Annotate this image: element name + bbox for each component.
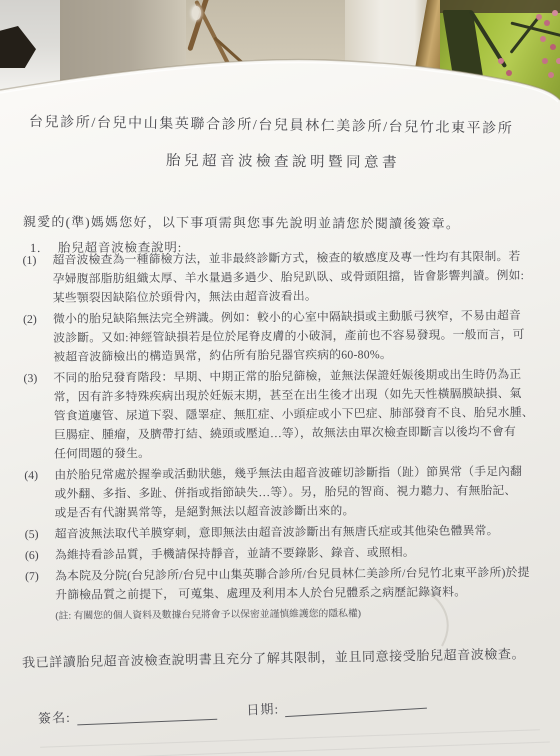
list-item-2: (2) 微小的胎兒缺陷無法完全辨識。例如：較小的心室中隔缺損或主動脈弓狹窄，不易… <box>23 306 545 367</box>
document-body: 台兒診所/台兒中山集英聯合診所/台兒員林仁美診所/台兒竹北東平診所 胎兒超音波檢… <box>0 0 560 756</box>
item-number: (5) <box>25 525 55 544</box>
date-label: 日期: <box>246 698 279 718</box>
item-line: 巨腸症、腫瘤，及臍帶打結、繞頭或壓迫…等），故無法由單次檢查即斷言以後均不會有 <box>54 422 546 445</box>
item-line: 某些顎裂因缺陷位於頭骨內，無法由超音波看出。 <box>53 285 545 308</box>
photo-of-document: 台兒診所/台兒中山集英聯合診所/台兒員林仁美診所/台兒竹北東平診所 胎兒超音波檢… <box>0 0 560 756</box>
list-item-4: (4) 由於胎兒常處於握拳或活動狀態，幾乎無法由超音波確切診斷指（趾）節異常（手… <box>24 462 546 523</box>
item-line: 或外翻、多指、多趾、併指或指節缺失…等）。另，胎兒的智商、視力聽力、有無胎記、 <box>54 481 546 504</box>
signature-label: 簽名: <box>38 707 71 727</box>
signature-section: 簽名: 日期: <box>38 690 478 727</box>
date-blank-line <box>284 693 427 717</box>
item-line: 為維持看診品質，手機請保持靜音，並請不要錄影、錄音、或照相。 <box>55 542 547 565</box>
item-line: 升篩檢品質之前提下， 可蒐集、處理及利用本人於台兒體系之病歷記錄資料。 <box>55 582 547 605</box>
item-line: 孕婦腹部脂肪組織太厚、羊水量過多過少、胎兒趴臥、或骨頭阻擋，皆會影響判讀。例如: <box>53 266 545 289</box>
agreement-statement: 我已詳讀胎兒超音波檢查說明書且充分了解其限制，並且同意接受胎兒超音波檢查。 <box>22 643 525 671</box>
item-line: 被超音波篩檢出的構造異常，約佔所有胎兒器官疾病的60-80%。 <box>53 344 545 367</box>
item-line: 為本院及分院(台兒診所/台兒中山集英聯合診所/台兒員林仁美診所/台兒竹北東平診所… <box>55 563 547 586</box>
item-number: (6) <box>25 546 55 565</box>
item-line: 任何問題的發生。 <box>54 441 546 464</box>
item-line: 超音波無法取代羊膜穿刺，意即無法由超音波診斷出有無唐氏症或其他染色體異常。 <box>55 521 547 544</box>
list-item-6: (6) 為維持看診品質，手機請保持靜音，並請不要錄影、錄音、或照相。 <box>25 542 547 565</box>
document-title: 胎兒超音波檢查說明暨同意書 <box>166 149 400 172</box>
item-number: (2) <box>23 310 53 367</box>
privacy-note: (註: 有關您的個人資料及數據台兒將會予以保密並謹慎維護您的隱私權) <box>55 604 547 625</box>
show-through-rule-line <box>120 741 550 756</box>
item-number: (3) <box>23 369 54 464</box>
item-number: (4) <box>24 466 54 523</box>
item-number: (7) <box>25 567 55 625</box>
item-line: 波診斷。又如:神經管缺損若是位於尾脊皮膚的小破洞，產前也不容易發現。一般而言，可 <box>53 325 545 348</box>
item-number: (1) <box>23 251 53 308</box>
list-item-5: (5) 超音波無法取代羊膜穿刺，意即無法由超音波診斷出有無唐氏症或其他染色體異常… <box>25 521 547 544</box>
clinic-names-header: 台兒診所/台兒中山集英聯合診所/台兒員林仁美診所/台兒竹北東平診所 <box>29 111 514 138</box>
spacer <box>217 719 247 720</box>
signature-blank-line <box>76 704 217 726</box>
terms-list: (1) 超音波檢查為一種篩檢方法，並非最終診斷方式，檢查的敏感度及專一性均有其限… <box>23 247 548 627</box>
list-item-1: (1) 超音波檢查為一種篩檢方法，並非最終診斷方式，檢查的敏感度及專一性均有其限… <box>23 247 545 308</box>
item-line: 或是否有代謝異常等，是絕對無法以超音波診斷出來的。 <box>55 500 547 523</box>
list-item-3: (3) 不同的胎兒發育階段：早期、中期正常的胎兒篩檢，並無法保證妊娠後期或出生時… <box>23 365 546 464</box>
greeting-line: 親愛的(準)媽媽您好，以下事項需與您事先說明並請您於閱讀後簽章。 <box>23 211 460 232</box>
list-item-7: (7) 為本院及分院(台兒診所/台兒中山集英聯合診所/台兒員林仁美診所/台兒竹北… <box>25 563 547 625</box>
